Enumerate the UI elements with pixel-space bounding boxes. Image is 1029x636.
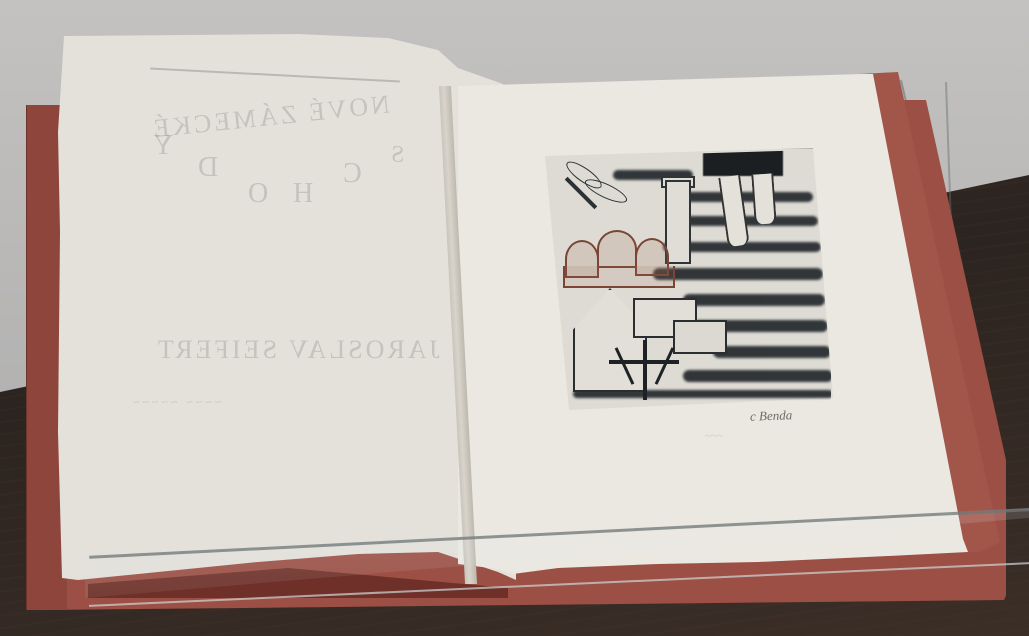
house <box>673 320 727 354</box>
show-through-letter: Y <box>150 130 173 162</box>
lighthouse <box>665 180 691 264</box>
skirt <box>703 150 783 176</box>
stripe <box>653 268 823 280</box>
stripe <box>713 346 831 358</box>
show-through-letter: H <box>290 178 313 210</box>
show-through-letter: S <box>388 142 404 169</box>
show-through-letter: O <box>245 178 268 210</box>
dome <box>597 230 637 268</box>
etching-image <box>543 150 831 408</box>
edition-mark: ~~~ <box>705 430 723 442</box>
artist-signature: c Benda <box>750 407 793 424</box>
show-through-letter: C <box>340 158 362 190</box>
stripe <box>683 216 818 226</box>
tree-trunk <box>643 340 647 400</box>
stripe <box>683 370 831 382</box>
show-through-letter: D <box>195 152 218 184</box>
leg <box>718 175 750 247</box>
show-through-handwriting: ~~~~ ~~~~~ <box>130 395 221 410</box>
show-through-author: JAROSLAV SEIFERT <box>155 335 440 365</box>
stripe <box>683 294 825 306</box>
tree-branch <box>655 347 675 385</box>
leg <box>751 173 776 224</box>
basilica <box>563 266 675 288</box>
